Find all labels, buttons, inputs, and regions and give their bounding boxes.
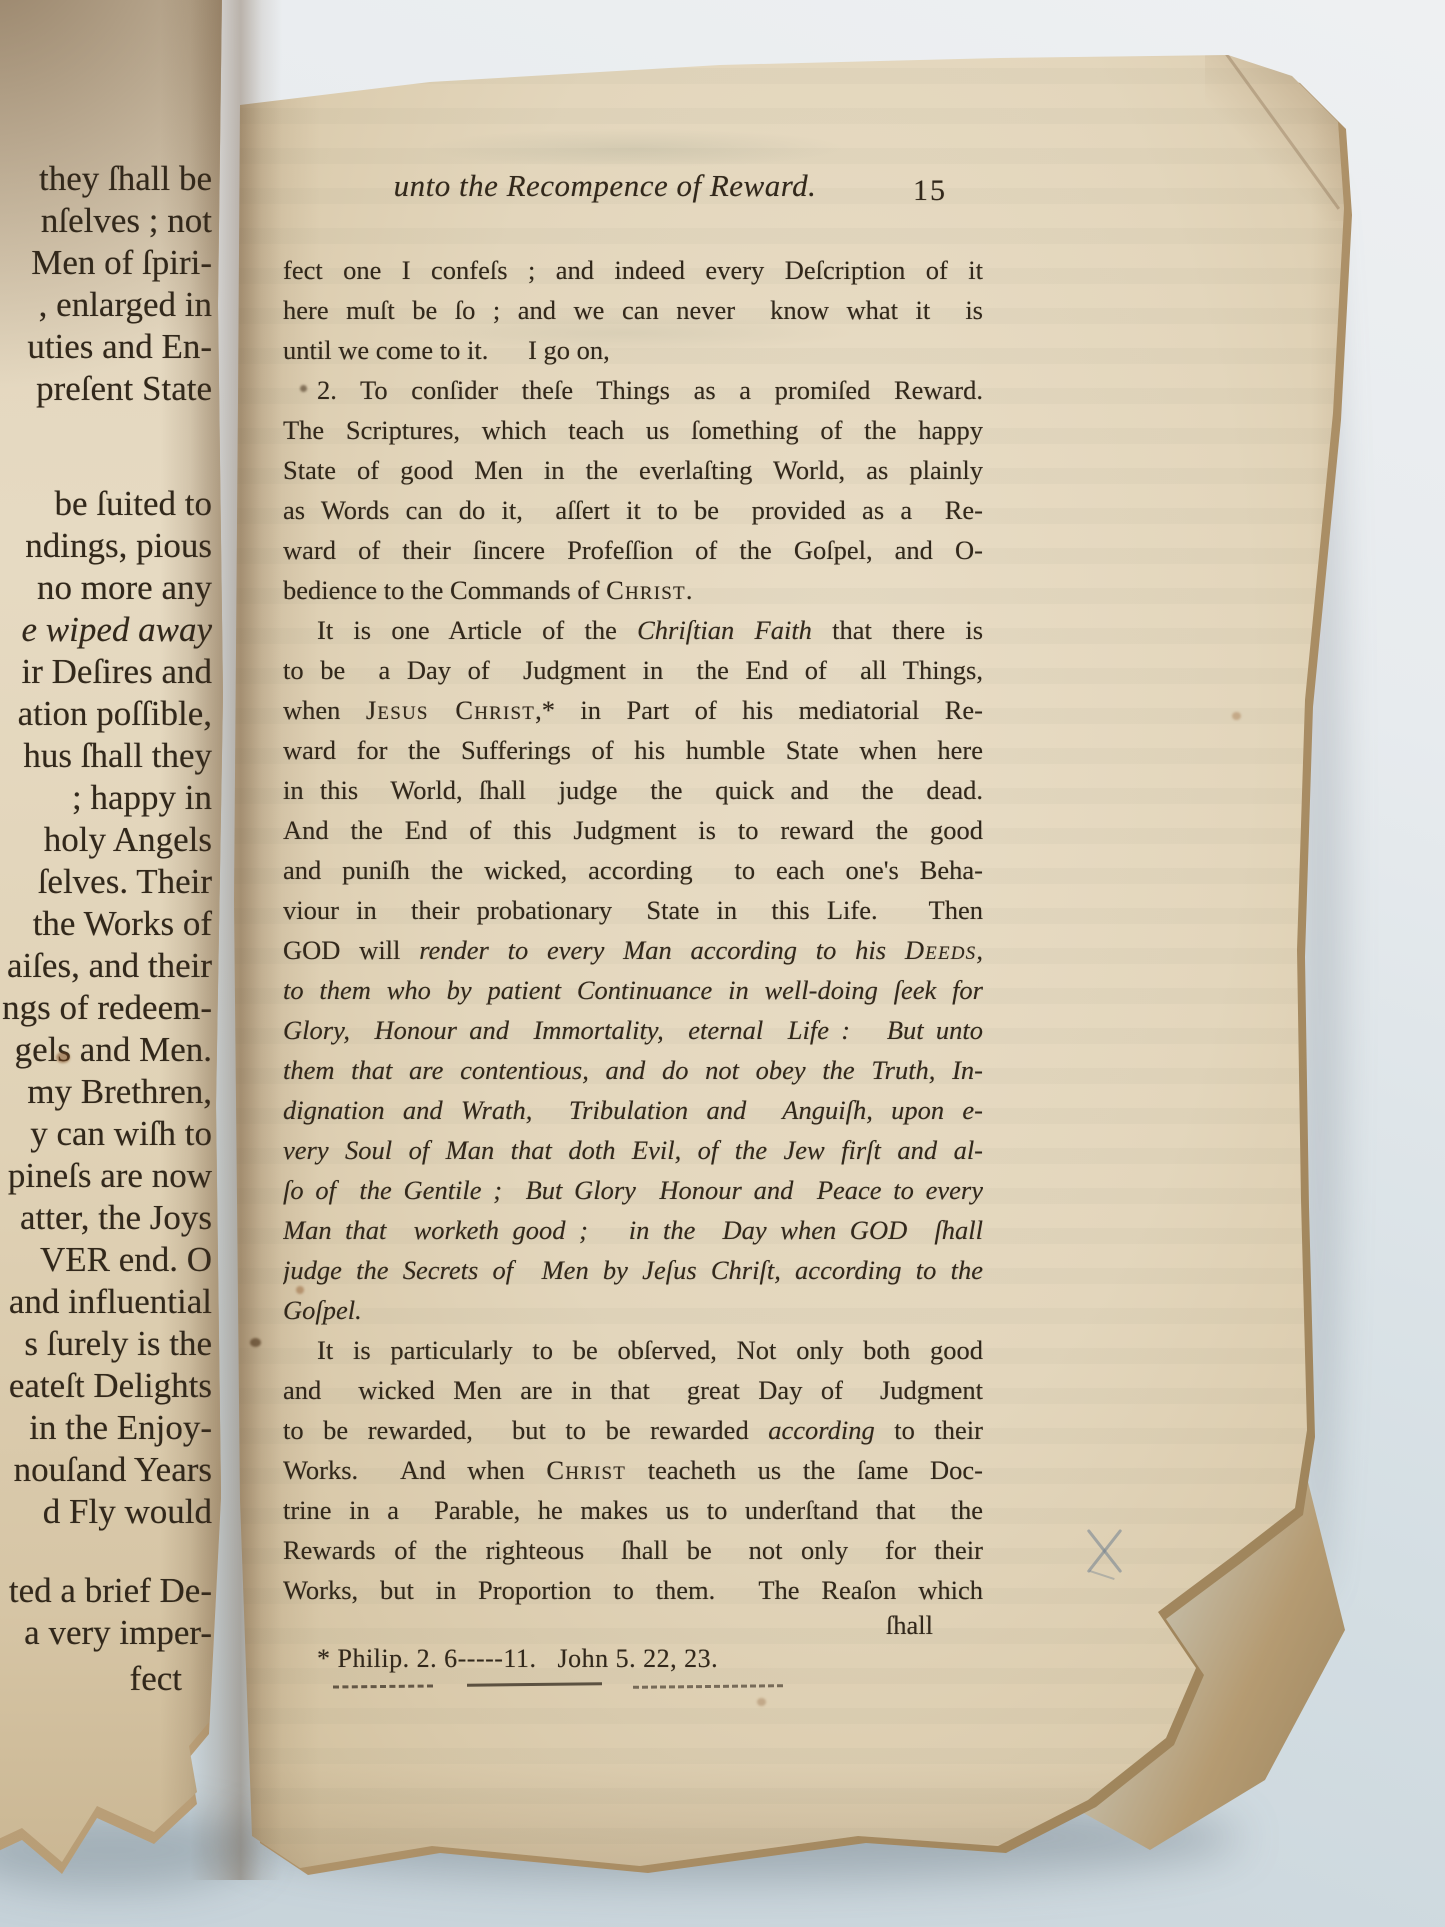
text-segment: them that are contentious, and do not ob… <box>283 1055 983 1085</box>
text-segment: bedience to the Commands of <box>283 575 606 605</box>
left-page-text-line: uties and En- <box>27 326 212 368</box>
body-text-line: State of good Men in the everlaſting Wor… <box>283 450 983 490</box>
text-segment: The Scriptures, which teach us ſomething… <box>283 415 983 445</box>
text-segment: as Words can do it, aſſert it to be prov… <box>283 495 983 525</box>
text-segment: . <box>686 575 693 605</box>
text-segment: Chriſtian Faith <box>637 615 812 645</box>
text-segment: judge the Secrets of Men by Jeſus Chriſt… <box>283 1255 983 1285</box>
stain <box>757 1698 766 1706</box>
left-page: they ſhall benſelves ; notMen of ſpiri-,… <box>0 0 224 1898</box>
text-segment: here muſt be ſo ; and we can never know … <box>283 295 983 325</box>
left-page-text-line: atter, the Joys <box>20 1197 212 1239</box>
footnote: * Philip. 2. 6-----11. John 5. 22, 23. <box>317 1644 917 1674</box>
left-page-text-line: nſelves ; not <box>41 200 212 242</box>
body-text-line: The Scriptures, which teach us ſomething… <box>283 410 983 450</box>
text-segment: Jesus Christ <box>366 695 535 725</box>
text-segment: Rewards of the righteous ſhall be not on… <box>283 1535 983 1565</box>
body-text-line: dignation and Wrath, Tribulation and Ang… <box>283 1090 983 1130</box>
text-segment: to them who by patient Continuance in we… <box>283 975 983 1005</box>
text-segment: very Soul of Man that doth Evil, of the … <box>283 1135 983 1165</box>
photo-scene: they ſhall benſelves ; notMen of ſpiri-,… <box>0 0 1445 1927</box>
body-text-line: trine in a Parable, he makes us to under… <box>283 1490 983 1530</box>
left-page-text-line: ; happy in <box>72 777 212 819</box>
body-text-line: Goſpel. <box>283 1290 983 1330</box>
left-page-text-line: Men of ſpiri- <box>31 242 212 284</box>
body-text-line: to them who by patient Continuance in we… <box>283 970 983 1010</box>
text-segment: according <box>768 1415 874 1445</box>
body-text-line: as Words can do it, aſſert it to be prov… <box>283 490 983 530</box>
left-page-text-line: holy Angels <box>44 819 212 861</box>
left-page-text-line: be ſuited to <box>55 483 212 525</box>
left-page-text-line: nouſand Years <box>14 1449 212 1491</box>
body-text-line: to be a Day of Judgment in the End of al… <box>283 650 983 690</box>
left-page-text-line: a very imper- <box>24 1612 212 1654</box>
text-segment: Man that worketh good ; in the Day when … <box>283 1215 983 1245</box>
left-page-text-line: hus ſhall they <box>23 735 212 777</box>
body-text-line: bedience to the Commands of Christ. <box>283 570 983 610</box>
dog-ear-fold <box>1205 46 1355 221</box>
left-page-text-line: ation poſſible, <box>18 693 212 735</box>
body-text-line: Rewards of the righteous ſhall be not on… <box>283 1530 983 1570</box>
text-segment: And the End of this Judgment is to rewar… <box>283 815 983 845</box>
body-text-line: ward for the Sufferings of his humble St… <box>283 730 983 770</box>
body-text-line: GOD will render to every Man according t… <box>283 930 983 970</box>
stain <box>300 385 307 392</box>
body-text-line: 2. To conſider theſe Things as a promiſe… <box>283 370 983 410</box>
text-segment: It is one Article of the <box>317 615 637 645</box>
stain <box>56 1052 70 1063</box>
text-segment: GOD will <box>283 935 419 965</box>
body-text-line: Glory, Honour and Immortality, eternal L… <box>283 1010 983 1050</box>
text-segment: when <box>283 695 366 725</box>
stain <box>250 1338 261 1347</box>
body-text-line: to be rewarded, but to be rewarded accor… <box>283 1410 983 1450</box>
body-text-line: And the End of this Judgment is to rewar… <box>283 810 983 850</box>
text-segment: ſo of the Gentile ; But Glory Honour and… <box>283 1175 983 1205</box>
left-page-text-line: fect <box>130 1658 182 1700</box>
left-page-text-line: my Brethren, <box>27 1071 212 1113</box>
body-text-line: viour in their probationary State in thi… <box>283 890 983 930</box>
left-page-text-line: ngs of redeem- <box>2 987 212 1029</box>
body-text-line: judge the Secrets of Men by Jeſus Chriſt… <box>283 1250 983 1290</box>
body-text-line: It is particularly to be obſerved, Not o… <box>283 1330 983 1370</box>
text-segment: until we come to it. I go on, <box>283 335 610 365</box>
text-segment: viour in their probationary State in thi… <box>283 895 983 925</box>
body-text-line: fect one I confeſs ; and indeed every De… <box>283 250 983 290</box>
left-page-text-line: ir Deſires and <box>22 651 212 693</box>
text-segment: Works. And when <box>283 1455 546 1485</box>
left-page-text-line: e wiped away <box>21 609 212 651</box>
body-text-line: and wicked Men are in that great Day of … <box>283 1370 983 1410</box>
left-page-text-line: the Works of <box>33 903 212 945</box>
text-segment: Works, but in Proportion to them. The Re… <box>283 1575 983 1605</box>
text-segment: render to every Man according to his <box>419 935 905 965</box>
text-segment: to be a Day of Judgment in the End of al… <box>283 655 983 685</box>
left-page-text-line: ndings, pious <box>25 525 212 567</box>
text-segment: Glory, Honour and Immortality, eternal L… <box>283 1015 983 1045</box>
running-title: unto the Recompence of Reward. <box>325 168 885 204</box>
left-page-text-line: s ſurely is the <box>24 1323 212 1365</box>
text-segment: ,* in Part of his mediatorial Re- <box>535 695 983 725</box>
body-text-line: Works, but in Proportion to them. The Re… <box>283 1570 983 1610</box>
body-text-line: when Jesus Christ,* in Part of his media… <box>283 690 983 730</box>
text-segment: State of good Men in the everlaſting Wor… <box>283 455 983 485</box>
text-segment: that there is <box>812 615 983 645</box>
body-text-line: It is one Article of the Chriſtian Faith… <box>283 610 983 650</box>
body-text-line: them that are contentious, and do not ob… <box>283 1050 983 1090</box>
body-text-line: Works. And when Christ teacheth us the ſ… <box>283 1450 983 1490</box>
stain <box>296 1286 304 1294</box>
body-text-line: and puniſh the wicked, according to each… <box>283 850 983 890</box>
body-text-line: in this World, ſhall judge the quick and… <box>283 770 983 810</box>
left-page-text-line: preſent State <box>36 368 212 410</box>
text-segment: dignation and Wrath, Tribulation and Ang… <box>283 1095 983 1125</box>
body-text-line: very Soul of Man that doth Evil, of the … <box>283 1130 983 1170</box>
footnote-underline <box>633 1684 783 1689</box>
body-text-line: ſo of the Gentile ; But Glory Honour and… <box>283 1170 983 1210</box>
left-page-text-line: ted a brief De- <box>9 1570 212 1612</box>
text-segment: and puniſh the wicked, according to each… <box>283 855 983 885</box>
pencil-mark <box>1081 1526 1127 1576</box>
stain <box>1232 712 1241 720</box>
left-page-text-line: aiſes, and their <box>7 945 212 987</box>
text-segment: to be rewarded, but to be rewarded <box>283 1415 768 1445</box>
left-page-text-line: pineſs are now <box>8 1155 212 1197</box>
footnote-underline <box>467 1682 602 1686</box>
text-segment: Christ <box>546 1455 626 1485</box>
left-page-text-line: gels and Men. <box>15 1029 212 1071</box>
left-page-text-line: , enlarged in <box>39 284 212 326</box>
body-text-line: until we come to it. I go on, <box>283 330 983 370</box>
text-segment: , <box>976 935 983 965</box>
left-page-text-line: no more any <box>37 567 212 609</box>
left-page-text-line: d Fly would <box>43 1491 212 1533</box>
text-segment: It is particularly to be obſerved, Not o… <box>317 1335 983 1365</box>
text-segment: trine in a Parable, he makes us to under… <box>283 1495 983 1525</box>
left-page-text-line: eateſt Delights <box>9 1365 212 1407</box>
text-segment: Goſpel. <box>283 1295 362 1325</box>
text-segment: and wicked Men are in that great Day of … <box>283 1375 983 1405</box>
text-segment: ward for the Sufferings of his humble St… <box>283 735 983 765</box>
text-segment: ward of their ſincere Profeſſion of the … <box>283 535 983 565</box>
text-segment: 2. To conſider theſe Things as a promiſe… <box>317 375 983 405</box>
text-segment: fect one I confeſs ; and indeed every De… <box>283 255 983 285</box>
page-number: 15 <box>895 174 965 208</box>
footnote-underline <box>333 1684 433 1688</box>
left-page-text-line: ſelves. Their <box>38 861 212 903</box>
catchword: ſhall <box>283 1610 983 1641</box>
left-page-text-line: y can wiſh to <box>30 1113 212 1155</box>
text-segment: Christ <box>606 575 686 605</box>
left-page-text-line: they ſhall be <box>39 158 212 200</box>
text-segment: to their <box>875 1415 983 1445</box>
body-text: fect one I confeſs ; and indeed every De… <box>283 250 983 1610</box>
body-text-line: here muſt be ſo ; and we can never know … <box>283 290 983 330</box>
body-text-line: ward of their ſincere Profeſſion of the … <box>283 530 983 570</box>
left-page-text-line: and influential <box>9 1281 212 1323</box>
left-page-text-line: in the Enjoy- <box>29 1407 212 1449</box>
text-segment: teacheth us the ſame Doc- <box>626 1455 983 1485</box>
text-segment: Deeds <box>905 935 977 965</box>
body-text-line: Man that worketh good ; in the Day when … <box>283 1210 983 1250</box>
text-segment: in this World, ſhall judge the quick and… <box>283 775 983 805</box>
left-page-text-line: VER end. O <box>40 1239 212 1281</box>
